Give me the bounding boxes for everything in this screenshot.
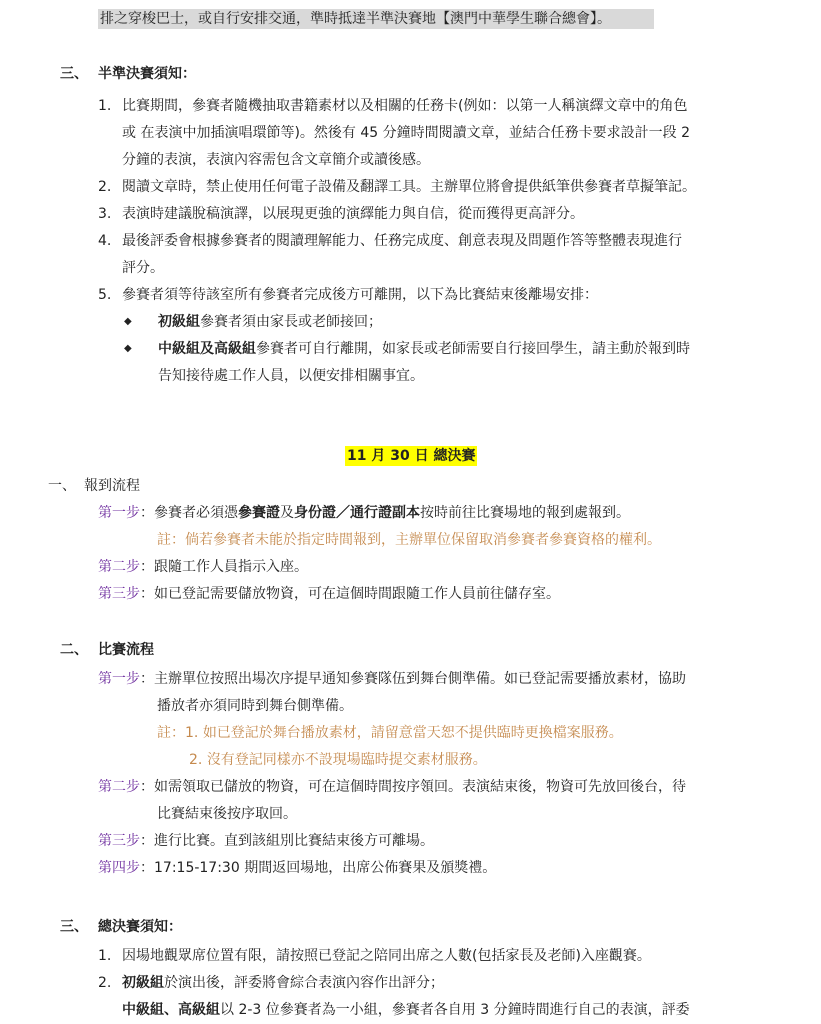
step-text: 如需領取已儲放的物資，可在這個時間按序領回。表演結束後，物資可先放回後台，待	[154, 779, 686, 795]
step-text: 期間返回場地，出席公佈賽果及頒獎禮。	[240, 860, 496, 876]
step-row: 第一步：主辦單位按照出場次序提早通知參賽隊伍到舞台側準備。如已登記需要播放素材，…	[98, 669, 686, 689]
section-heading: 半準決賽須知：	[98, 64, 196, 84]
note-prefix: 註：	[157, 725, 185, 741]
step-text: 主辦單位按照出場次序提早通知參賽隊伍到舞台側準備。如已登記需要播放素材，協助	[154, 671, 686, 687]
section-heading: 報到流程	[84, 476, 140, 496]
item-text: 最後評委會根據參賽者的閱讀理解能力、任務完成度、創意表現及問題作答等整體表現進行	[122, 231, 682, 251]
step-text: 播放者亦須同時到舞台側準備。	[157, 696, 353, 716]
colon: ：	[140, 559, 154, 575]
note-text: 如已登記於舞台播放素材，請留意當天恕不提供臨時更換檔案服務。	[203, 725, 623, 741]
note-text: 沒有登記同樣亦不設現場臨時提交素材服務。	[207, 752, 487, 768]
bullet-text: 初級組參賽者須由家長或老師接回；	[158, 312, 382, 332]
item-text: 或 在表演中加插演唱環節等)。然後有 45 分鐘時間閱讀文章，並結合任務卡要求設…	[122, 123, 690, 143]
step-label: 第二步	[98, 559, 140, 575]
step-text: 參賽者必須憑	[154, 505, 238, 521]
bold-term: 身份證／通行證副本	[294, 505, 420, 521]
item-text: 初級組於演出後，評委將會綜合表演內容作出評分；	[122, 973, 444, 993]
step-text: 及	[280, 505, 294, 521]
step-row: 第一步：參賽者必須憑參賽證及身份證／通行證副本按時前往比賽場地的報到處報到。	[98, 503, 630, 523]
note-number: 2.	[189, 752, 202, 768]
step-label: 第三步	[98, 586, 140, 602]
group-label: 中級組及高級組	[158, 341, 256, 357]
section-marker: 二、	[60, 640, 88, 660]
bold-term: 參賽證	[238, 505, 280, 521]
bullet-icon: ◆	[124, 339, 132, 359]
step-text: 比賽結束後按序取回。	[157, 804, 297, 824]
item-text: 中級組、高級組以 2-3 位參賽者為一小組，參賽者各自用 3 分鐘時間進行自己的…	[122, 1000, 690, 1020]
colon: ：	[140, 586, 154, 602]
section-marker: 三、	[60, 64, 88, 84]
item-body: 於演出後，評委將會綜合表演內容作出評分；	[164, 975, 444, 991]
step-row: 第二步：跟隨工作人員指示入座。	[98, 557, 308, 577]
bullet-icon: ◆	[124, 312, 132, 332]
group-label: 中級組、高級組	[122, 1002, 220, 1018]
colon: ：	[140, 671, 154, 687]
time-range: 17:15-17:30	[154, 860, 240, 876]
item-number: 3.	[98, 204, 111, 224]
step-text: 跟隨工作人員指示入座。	[154, 559, 308, 575]
item-text: 評分。	[122, 258, 164, 278]
section-marker: 一、	[48, 476, 76, 496]
item-text: 參賽者須等待該室所有參賽者完成後方可離開，以下為比賽結束後離場安排：	[122, 285, 598, 305]
note-number: 1.	[185, 725, 198, 741]
colon: ：	[140, 833, 154, 849]
step-text: 按時前往比賽場地的報到處報到。	[420, 505, 630, 521]
step-label: 第一步	[98, 671, 140, 687]
bullet-body: 參賽者須由家長或老師接回；	[200, 314, 382, 330]
item-body: 以 2-3 位參賽者為一小組，參賽者各自用 3 分鐘時間進行自己的表演，評委	[220, 1002, 690, 1018]
note-row: 2. 沒有登記同樣亦不設現場臨時提交素材服務。	[189, 750, 487, 770]
step-text: 如已登記需要儲放物資，可在這個時間跟隨工作人員前往儲存室。	[154, 586, 560, 602]
section-heading: 比賽流程	[98, 640, 154, 660]
venue-line: 排之穿梭巴士，或自行安排交通，準時抵達半準決賽地【澳門中華學生聯合總會】。	[98, 9, 654, 29]
item-number: 4.	[98, 231, 111, 251]
bullet-text: 告知接待處工作人員，以便安排相關事宜。	[158, 366, 424, 386]
step-row: 第三步：進行比賽。直到該組別比賽結束後方可離場。	[98, 831, 434, 851]
item-text: 表演時建議脫稿演譯，以展現更強的演繹能力與自信，從而獲得更高評分。	[122, 204, 584, 224]
section-marker: 三、	[60, 917, 88, 937]
group-label: 初級組	[122, 975, 164, 991]
colon: ：	[140, 505, 154, 521]
colon: ：	[140, 779, 154, 795]
step-row: 第二步：如需領取已儲放的物資，可在這個時間按序領回。表演結束後，物資可先放回後台…	[98, 777, 686, 797]
note-text: 註：倘若參賽者未能於指定時間報到，主辦單位保留取消參賽者參賽資格的權利。	[157, 530, 661, 550]
step-label: 第三步	[98, 833, 140, 849]
step-row: 第四步：17:15-17:30 期間返回場地，出席公佈賽果及頒獎禮。	[98, 858, 496, 878]
step-label: 第一步	[98, 505, 140, 521]
venue-text: 排之穿梭巴士，或自行安排交通，準時抵達半準決賽地【澳門中華學生聯合總會】。	[100, 11, 611, 27]
item-number: 5.	[98, 285, 111, 305]
note-row: 註：1. 如已登記於舞台播放素材，請留意當天恕不提供臨時更換檔案服務。	[157, 723, 623, 743]
item-text: 比賽期間，參賽者隨機抽取書籍素材以及相關的任務卡(例如：以第一人稱演繹文章中的角…	[122, 96, 687, 116]
group-label: 初級組	[158, 314, 200, 330]
item-number: 2.	[98, 177, 111, 197]
colon: ：	[140, 860, 154, 876]
item-text: 因場地觀眾席位置有限，請按照已登記之陪同出席之人數(包括家長及老師)入座觀賽。	[122, 946, 651, 966]
item-number: 1.	[98, 96, 111, 116]
step-text: 進行比賽。直到該組別比賽結束後方可離場。	[154, 833, 434, 849]
item-text: 分鐘的表演，表演內容需包含文章簡介或讀後感。	[122, 150, 430, 170]
step-label: 第四步	[98, 860, 140, 876]
item-number: 1.	[98, 946, 111, 966]
step-label: 第二步	[98, 779, 140, 795]
step-row: 第三步：如已登記需要儲放物資，可在這個時間跟隨工作人員前往儲存室。	[98, 584, 560, 604]
section-heading: 總決賽須知：	[98, 917, 182, 937]
item-text: 閱讀文章時，禁止使用任何電子設備及翻譯工具。主辦單位將會提供紙筆供參賽者草擬筆記…	[122, 177, 696, 197]
item-number: 2.	[98, 973, 111, 993]
bullet-text: 中級組及高級組參賽者可自行離開，如家長或老師需要自行接回學生，請主動於報到時	[158, 339, 690, 359]
bullet-body: 參賽者可自行離開，如家長或老師需要自行接回學生，請主動於報到時	[256, 341, 690, 357]
final-title: 11 月 30 日 總決賽	[345, 446, 477, 466]
